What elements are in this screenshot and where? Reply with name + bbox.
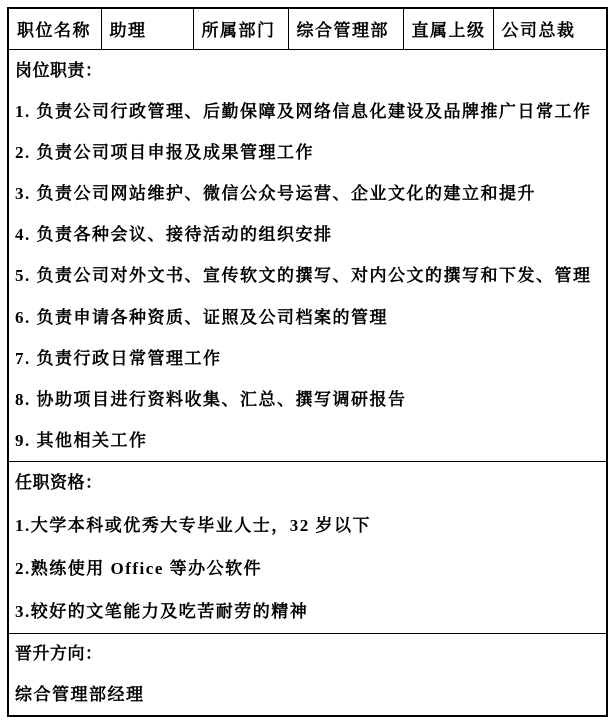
promotion-item: 综合管理部经理 bbox=[15, 675, 601, 716]
responsibilities-title: 岗位职责： bbox=[15, 50, 601, 91]
job-description-document: 职位名称 助理 所属部门 综合管理部 直属上级 公司总裁 岗位职责： 1. 负责… bbox=[0, 0, 613, 720]
responsibility-item: 4. 负责各种会议、接待活动的组织安排 bbox=[15, 214, 601, 255]
responsibility-item: 9. 其他相关工作 bbox=[15, 420, 601, 461]
promotion-row: 晋升方向： 综合管理部经理 bbox=[8, 634, 607, 717]
responsibility-item: 6. 负责申请各种资质、证照及公司档案的管理 bbox=[15, 297, 601, 338]
job-description-table: 职位名称 助理 所属部门 综合管理部 直属上级 公司总裁 岗位职责： 1. 负责… bbox=[7, 7, 608, 717]
qualification-item: 2.熟练使用 Office 等办公软件 bbox=[15, 548, 601, 591]
responsibility-item: 7. 负责行政日常管理工作 bbox=[15, 338, 601, 379]
responsibility-item: 2. 负责公司项目申报及成果管理工作 bbox=[15, 132, 601, 173]
department-label: 所属部门 bbox=[193, 8, 288, 49]
responsibility-item: 1. 负责公司行政管理、后勤保障及网络信息化建设及品牌推广日常工作 bbox=[15, 91, 601, 132]
responsibilities-row: 岗位职责： 1. 负责公司行政管理、后勤保障及网络信息化建设及品牌推广日常工作 … bbox=[8, 49, 607, 462]
qualifications-row: 任职资格： 1.大学本科或优秀大专毕业人士，32 岁以下 2.熟练使用 Offi… bbox=[8, 462, 607, 634]
promotion-section: 晋升方向： 综合管理部经理 bbox=[8, 634, 607, 717]
qualification-item: 1.大学本科或优秀大专毕业人士，32 岁以下 bbox=[15, 505, 601, 548]
supervisor-value: 公司总裁 bbox=[493, 8, 607, 49]
supervisor-label: 直属上级 bbox=[403, 8, 493, 49]
qualification-item: 3.较好的文笔能力及吃苦耐劳的精神 bbox=[15, 591, 601, 634]
responsibilities-section: 岗位职责： 1. 负责公司行政管理、后勤保障及网络信息化建设及品牌推广日常工作 … bbox=[8, 49, 607, 462]
responsibility-item: 3. 负责公司网站维护、微信公众号运营、企业文化的建立和提升 bbox=[15, 173, 601, 214]
qualifications-title: 任职资格： bbox=[15, 462, 601, 505]
promotion-title: 晋升方向： bbox=[15, 634, 601, 675]
position-name-label: 职位名称 bbox=[8, 8, 101, 49]
responsibility-item: 8. 协助项目进行资料收集、汇总、撰写调研报告 bbox=[15, 379, 601, 420]
position-name-value: 助理 bbox=[101, 8, 193, 49]
responsibility-item: 5. 负责公司对外文书、宣传软文的撰写、对内公文的撰写和下发、管理 bbox=[15, 255, 601, 296]
table-header-row: 职位名称 助理 所属部门 综合管理部 直属上级 公司总裁 bbox=[8, 8, 607, 49]
department-value: 综合管理部 bbox=[288, 8, 403, 49]
qualifications-section: 任职资格： 1.大学本科或优秀大专毕业人士，32 岁以下 2.熟练使用 Offi… bbox=[8, 462, 607, 634]
